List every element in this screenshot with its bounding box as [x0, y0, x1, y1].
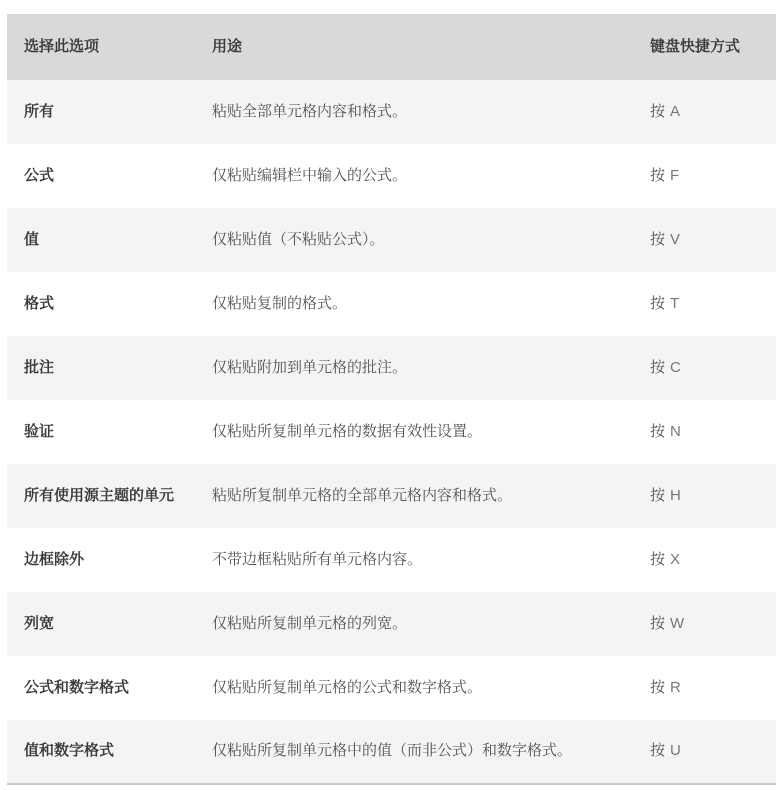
option-cell: 公式	[7, 144, 195, 208]
option-cell: 验证	[7, 400, 195, 464]
option-cell: 所有	[7, 80, 195, 144]
shortcut-cell: 按U	[633, 720, 776, 784]
shortcut-cell: 按V	[633, 208, 776, 272]
table-row: 所有 粘贴全部单元格内容和格式。 按A	[7, 80, 776, 144]
shortcut-key: V	[670, 231, 680, 248]
table-row: 公式和数字格式 仅粘贴所复制单元格的公式和数字格式。 按R	[7, 656, 776, 720]
column-header-shortcut: 键盘快捷方式	[633, 14, 776, 80]
shortcut-key: C	[670, 359, 681, 376]
header-row: 选择此选项 用途 键盘快捷方式	[7, 14, 776, 80]
option-cell: 所有使用源主题的单元	[7, 464, 195, 528]
purpose-cell: 仅粘贴值（不粘贴公式）。	[195, 208, 633, 272]
shortcut-cell: 按T	[633, 272, 776, 336]
press-label: 按	[650, 423, 665, 440]
shortcut-cell: 按R	[633, 656, 776, 720]
shortcut-cell: 按N	[633, 400, 776, 464]
shortcut-cell: 按A	[633, 80, 776, 144]
purpose-cell: 粘贴全部单元格内容和格式。	[195, 80, 633, 144]
press-label: 按	[650, 295, 665, 312]
shortcut-key: F	[670, 167, 679, 184]
shortcut-cell: 按W	[633, 592, 776, 656]
option-cell: 值和数字格式	[7, 720, 195, 784]
option-cell: 批注	[7, 336, 195, 400]
purpose-cell: 仅粘贴所复制单元格的公式和数字格式。	[195, 656, 633, 720]
table-row: 所有使用源主题的单元 粘贴所复制单元格的全部单元格内容和格式。 按H	[7, 464, 776, 528]
option-cell: 值	[7, 208, 195, 272]
shortcut-key: R	[670, 679, 681, 696]
purpose-cell: 仅粘贴所复制单元格的列宽。	[195, 592, 633, 656]
option-cell: 列宽	[7, 592, 195, 656]
table-row: 值和数字格式 仅粘贴所复制单元格中的值（而非公式）和数字格式。 按U	[7, 720, 776, 784]
table-row: 验证 仅粘贴所复制单元格的数据有效性设置。 按N	[7, 400, 776, 464]
purpose-cell: 仅粘贴编辑栏中输入的公式。	[195, 144, 633, 208]
shortcut-key: W	[670, 615, 684, 632]
shortcut-cell: 按F	[633, 144, 776, 208]
shortcut-key: N	[670, 423, 681, 440]
paste-options-table: 选择此选项 用途 键盘快捷方式 所有 粘贴全部单元格内容和格式。 按A 公式 仅…	[7, 14, 776, 785]
purpose-cell: 仅粘贴所复制单元格的数据有效性设置。	[195, 400, 633, 464]
press-label: 按	[650, 103, 665, 120]
press-label: 按	[650, 487, 665, 504]
purpose-cell: 粘贴所复制单元格的全部单元格内容和格式。	[195, 464, 633, 528]
option-cell: 边框除外	[7, 528, 195, 592]
press-label: 按	[650, 679, 665, 696]
column-header-purpose: 用途	[195, 14, 633, 80]
table-row: 列宽 仅粘贴所复制单元格的列宽。 按W	[7, 592, 776, 656]
table-row: 边框除外 不带边框粘贴所有单元格内容。 按X	[7, 528, 776, 592]
shortcut-key: U	[670, 742, 681, 759]
press-label: 按	[650, 359, 665, 376]
option-cell: 公式和数字格式	[7, 656, 195, 720]
shortcut-cell: 按H	[633, 464, 776, 528]
option-cell: 格式	[7, 272, 195, 336]
purpose-cell: 仅粘贴复制的格式。	[195, 272, 633, 336]
shortcut-cell: 按C	[633, 336, 776, 400]
press-label: 按	[650, 167, 665, 184]
table-row: 格式 仅粘贴复制的格式。 按T	[7, 272, 776, 336]
purpose-cell: 仅粘贴所复制单元格中的值（而非公式）和数字格式。	[195, 720, 633, 784]
shortcut-key: X	[670, 551, 680, 568]
press-label: 按	[650, 231, 665, 248]
table-row: 值 仅粘贴值（不粘贴公式）。 按V	[7, 208, 776, 272]
shortcut-key: T	[670, 295, 679, 312]
purpose-cell: 不带边框粘贴所有单元格内容。	[195, 528, 633, 592]
column-header-option: 选择此选项	[7, 14, 195, 80]
table-row: 批注 仅粘贴附加到单元格的批注。 按C	[7, 336, 776, 400]
press-label: 按	[650, 615, 665, 632]
shortcut-key: H	[670, 487, 681, 504]
shortcut-cell: 按X	[633, 528, 776, 592]
purpose-cell: 仅粘贴附加到单元格的批注。	[195, 336, 633, 400]
press-label: 按	[650, 551, 665, 568]
table-row: 公式 仅粘贴编辑栏中输入的公式。 按F	[7, 144, 776, 208]
press-label: 按	[650, 742, 665, 759]
shortcut-key: A	[670, 103, 680, 120]
